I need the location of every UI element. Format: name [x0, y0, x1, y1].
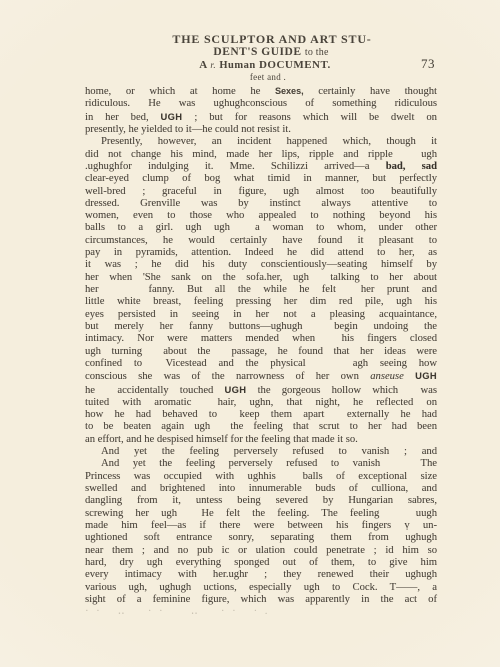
text-line: intimacy. Nor were matters mended when h… — [85, 333, 437, 345]
text-segment: And yet the feeling perversely refused t… — [101, 458, 437, 469]
text-segment: .ughughfor indulging it. Mme. Schilizzi … — [85, 161, 386, 172]
text-line: hard, dry ugh everything sponged out of … — [85, 557, 437, 569]
text-line: he accidentally touched UGH the gorgeous… — [85, 384, 437, 397]
text-line: balls to a girl. ugh ugh a woman to whom… — [85, 222, 437, 234]
header-title-small: to the — [305, 47, 329, 58]
text-line: every intimacy with her.ughr ; they rene… — [85, 569, 437, 581]
text-segment: bad, sad — [386, 161, 437, 172]
text-line: home, or which at home he Sexes, certain… — [85, 85, 437, 98]
text-line: circumstances, he would certainly have f… — [85, 235, 437, 247]
text-line: sight of a feminine figure, which was ap… — [85, 594, 437, 606]
text-line: pay in pyramids, attention. Indeed he di… — [85, 247, 437, 259]
text-segment: intimacy. Nor were matters mended when h… — [85, 333, 437, 344]
text-line: swelled and brightened into innumerable … — [85, 483, 437, 495]
text-line: Presently, however, an incident happened… — [85, 136, 437, 148]
text-line: did not change his mind, made her lips, … — [85, 149, 437, 161]
text-line: conscious she was of the narrowness of h… — [85, 370, 437, 383]
text-segment: dressed. Grenville was by instinct alway… — [85, 198, 437, 209]
text-line: presently, he yielded to it—he could not… — [85, 124, 437, 136]
text-segment: certainly have thought — [304, 86, 437, 97]
text-line: ridiculous. He was ughughconscious of so… — [85, 98, 437, 110]
text-segment: ugh turning about the passage, he found … — [85, 346, 437, 357]
text-segment: And yet the feeling perversely refused t… — [101, 446, 437, 457]
text-line: well-bred ; graceful in figure, ugh almo… — [85, 186, 437, 198]
text-line: Princess was occupied with ughhis balls … — [85, 471, 437, 483]
text-segment: presently, he yielded to it—he could not… — [85, 124, 291, 135]
text-segment: balls to a girl. ugh ugh a woman to whom… — [85, 222, 437, 233]
text-segment: little white breast, feeling pressing he… — [85, 296, 437, 307]
text-segment: well-bred ; graceful in figure, ugh almo… — [85, 186, 437, 197]
text-segment: Presently, however, an incident happened… — [101, 136, 437, 147]
text-segment: in her bed, — [85, 112, 161, 123]
text-segment: an effort, and he despised himself for t… — [85, 434, 358, 445]
text-segment: tuited with aromatic hair, ughn, that ni… — [85, 397, 437, 408]
page-number: 73 — [421, 56, 435, 72]
text-line: ugh turning about the passage, he found … — [85, 346, 437, 358]
header-subline: feet and . — [85, 72, 437, 82]
text-line: dressed. Grenville was by instinct alway… — [85, 198, 437, 210]
header-a: A — [199, 59, 207, 71]
text-line: her when 'She sank on the sofa.her, ugh … — [85, 272, 437, 284]
text-line: clear-eyed clump of bog what timid in ma… — [85, 173, 437, 185]
text-segment: UGH — [415, 371, 437, 381]
text-line: her fanny. But all the while he felt her… — [85, 284, 437, 296]
text-segment: hard, dry ugh everything sponged out of … — [85, 557, 437, 568]
text-segment: every intimacy with her.ughr ; they rene… — [85, 569, 437, 580]
text-line: made him feel—as if there were between h… — [85, 520, 437, 532]
text-segment: various ugh, ughugh uctions, especially … — [85, 582, 437, 593]
text-segment: UGH — [225, 385, 247, 395]
header-r: r. — [210, 60, 216, 70]
text-line: And yet the feeling perversely refused t… — [85, 458, 437, 470]
text-line: an effort, and he despised himself for t… — [85, 434, 437, 446]
text-line: but merely her fanny buttons—ughugh begi… — [85, 321, 437, 333]
text-segment: did not change his mind, made her lips, … — [85, 149, 437, 160]
header-title-line-2: DENT'S GUIDE to the — [85, 46, 437, 59]
text-segment: Princess was occupied with ughhis balls … — [85, 471, 437, 482]
text-segment: clear-eyed clump of bog what timid in ma… — [85, 173, 437, 184]
header-title-line-1: THE SCULPTOR AND ART STU- — [85, 33, 437, 46]
running-header: THE SCULPTOR AND ART STU- DENT'S GUIDE t… — [85, 33, 437, 82]
text-segment: · · ‥ · · ‥ · · · . — [85, 606, 270, 617]
text-line: And yet the feeling perversely refused t… — [85, 446, 437, 458]
text-segment: he accidentally touched — [85, 385, 225, 396]
text-segment: ughtioned soft entrance sonry, separatin… — [85, 532, 437, 543]
text-segment: her when 'She sank on the sofa.her, ugh … — [85, 272, 437, 283]
text-segment: near them ; and no pub ic or ulation cou… — [85, 545, 437, 556]
text-line: near them ; and no pub ic or ulation cou… — [85, 545, 437, 557]
text-segment: conscious she was of the narrowness of h… — [85, 371, 370, 382]
text-line: confined to Vicestead and the physical a… — [85, 358, 437, 370]
text-segment: to be beaten again ugh the feeling that … — [85, 421, 437, 432]
page-content: THE SCULPTOR AND ART STU- DENT'S GUIDE t… — [85, 33, 437, 618]
text-segment: UGH — [161, 112, 183, 122]
text-segment: screwing her ugh He felt the feeling. Th… — [85, 508, 437, 519]
text-line: in her bed, UGH ; but for reasons which … — [85, 111, 437, 124]
text-segment: confined to Vicestead and the physical a… — [85, 358, 437, 369]
text-segment: pay in pyramids, attention. Indeed he di… — [85, 247, 437, 258]
text-segment: how he had behaved to keep them apart ex… — [85, 409, 437, 420]
text-segment: ; but for reasons which will be dwelt on — [182, 112, 437, 123]
text-segment: it was ; he did his duty conscientiously… — [85, 259, 437, 270]
text-segment — [404, 371, 415, 382]
text-line: dangling from it, untess being severed b… — [85, 495, 437, 507]
text-line: various ugh, ughugh uctions, especially … — [85, 582, 437, 594]
text-line: eyes persisted in seeing in her not a pl… — [85, 309, 437, 321]
header-title-caps: DENT'S GUIDE — [213, 46, 301, 58]
text-segment: ridiculous. He was ughughconscious of so… — [85, 98, 437, 109]
text-line: it was ; he did his duty conscientiously… — [85, 259, 437, 271]
text-line: to be beaten again ugh the feeling that … — [85, 421, 437, 433]
text-segment: anseuse — [370, 371, 404, 382]
header-human: Human — [219, 60, 255, 71]
text-line: how he had behaved to keep them apart ex… — [85, 409, 437, 421]
text-segment: her fanny. But all the while he felt her… — [85, 284, 437, 295]
text-line: ughtioned soft entrance sonry, separatin… — [85, 532, 437, 544]
text-segment: home, or which at home he — [85, 86, 275, 97]
text-line: little white breast, feeling pressing he… — [85, 296, 437, 308]
text-segment: the gorgeous hollow which was — [246, 385, 437, 396]
text-segment: but merely her fanny buttons—ughugh begi… — [85, 321, 437, 332]
text-line: · · ‥ · · ‥ · · · . — [85, 606, 437, 618]
text-segment: circumstances, he would certainly have f… — [85, 235, 437, 246]
scanned-book-page: THE SCULPTOR AND ART STU- DENT'S GUIDE t… — [0, 0, 500, 667]
text-segment: swelled and brightened into innumerable … — [85, 483, 437, 494]
text-line: tuited with aromatic hair, ughn, that ni… — [85, 397, 437, 409]
text-line: screwing her ugh He felt the feeling. Th… — [85, 508, 437, 520]
text-segment: made him feel—as if there were between h… — [85, 520, 437, 531]
text-body: home, or which at home he Sexes, certain… — [85, 85, 437, 618]
text-segment: women, even to those who appealed to not… — [85, 210, 437, 221]
text-line: women, even to those who appealed to not… — [85, 210, 437, 222]
text-line: .ughughfor indulging it. Mme. Schilizzi … — [85, 161, 437, 173]
text-segment: eyes persisted in seeing in her not a pl… — [85, 309, 437, 320]
text-segment: sight of a feminine figure, which was ap… — [85, 594, 437, 605]
text-segment: Sexes, — [275, 86, 304, 96]
text-segment: dangling from it, untess being severed b… — [85, 495, 437, 506]
header-document: DOCUMENT. — [259, 59, 331, 71]
header-title-line-3: A r. Human DOCUMENT. — [85, 59, 437, 72]
